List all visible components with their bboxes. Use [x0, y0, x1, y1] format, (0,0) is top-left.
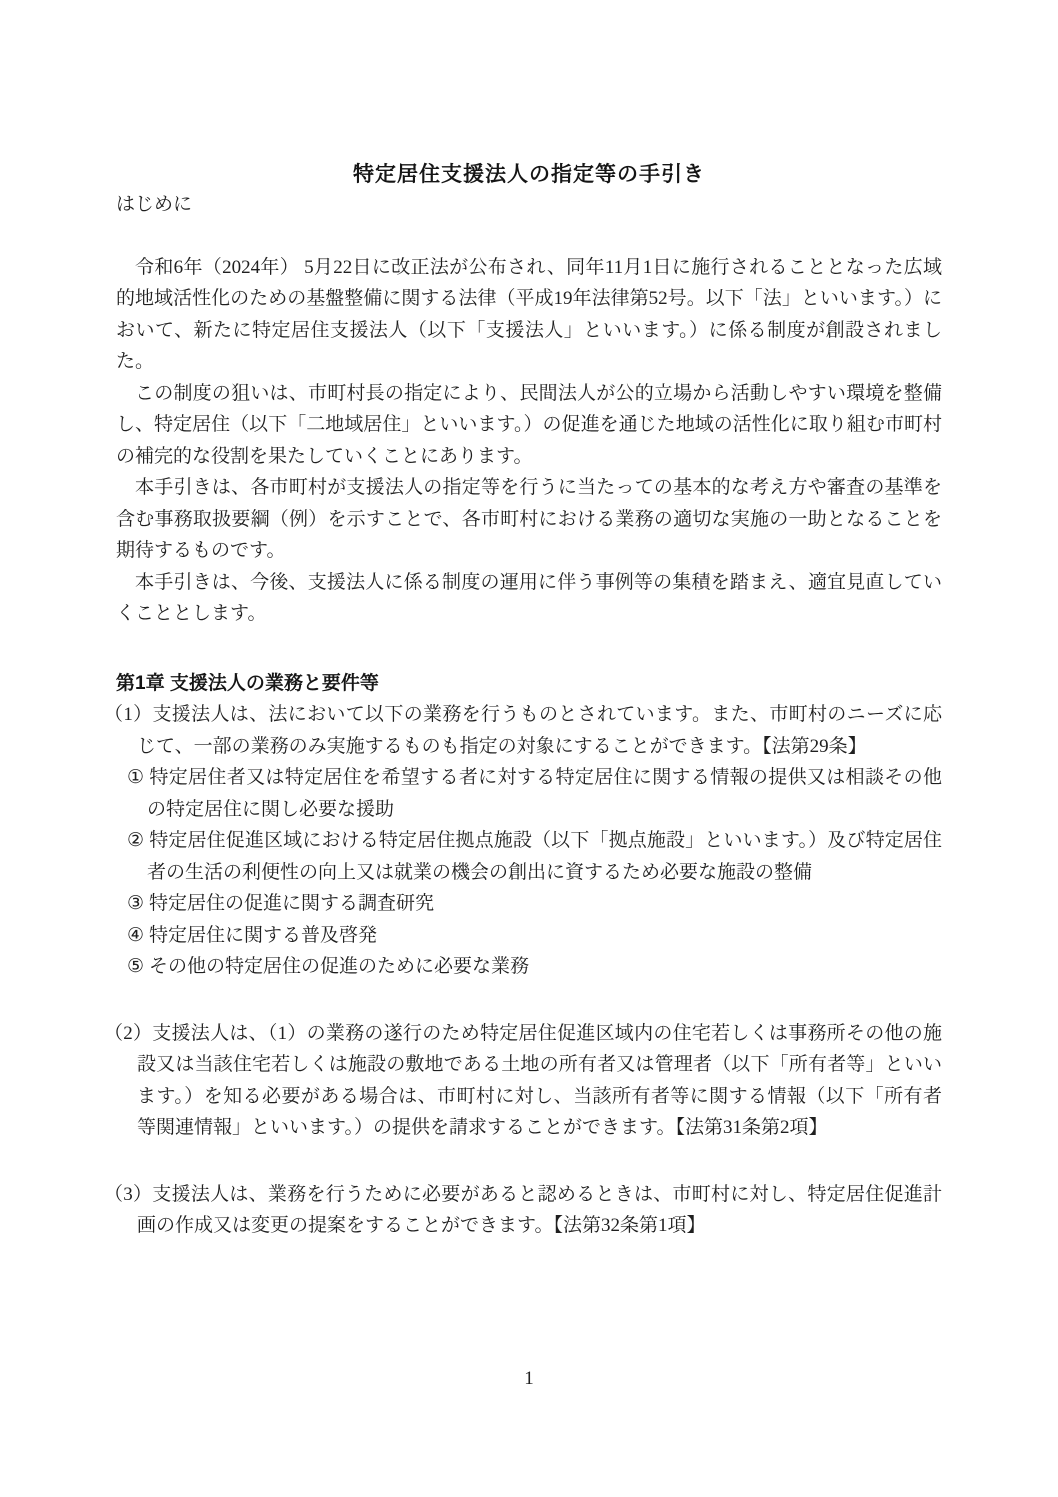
- document-page: 特定居住支援法人の指定等の手引き はじめに 令和6年（2024年） 5月22日に…: [0, 0, 1058, 1497]
- circled-1-marker: ①: [127, 767, 144, 788]
- sub-item-3-text: 特定居住の促進に関する調査研究: [149, 893, 434, 914]
- sub-item-5: ⑤その他の特定居住の促進のために必要な業務: [127, 951, 942, 983]
- intro-paragraph-1: 令和6年（2024年） 5月22日に改正法が公布され、同年11月1日に施行される…: [116, 252, 942, 378]
- sub-item-1-text: 特定居住者又は特定居住を希望する者に対する特定居住に関する情報の提供又は相談その…: [147, 767, 942, 820]
- chapter1-heading: 第1章 支援法人の業務と要件等: [116, 668, 942, 700]
- chapter1-item-1: （1）支援法人は、法において以下の業務を行うものとされています。また、市町村のニ…: [104, 699, 942, 762]
- sub-item-5-text: その他の特定居住の促進のために必要な業務: [149, 956, 529, 977]
- intro-paragraph-3: 本手引きは、各市町村が支援法人の指定等を行うに当たっての基本的な考え方や審査の基…: [116, 472, 942, 567]
- sub-item-1: ①特定居住者又は特定居住を希望する者に対する特定居住に関する情報の提供又は相談そ…: [127, 762, 942, 825]
- intro-paragraph-4: 本手引きは、今後、支援法人に係る制度の運用に伴う事例等の集積を踏まえ、適宜見直し…: [116, 567, 942, 630]
- chapter1-item1-sublist: ①特定居住者又は特定居住を希望する者に対する特定居住に関する情報の提供又は相談そ…: [116, 762, 942, 983]
- intro-paragraph-2: この制度の狙いは、市町村長の指定により、民間法人が公的立場から活動しやすい環境を…: [116, 378, 942, 473]
- circled-4-marker: ④: [127, 925, 144, 946]
- sub-item-4: ④特定居住に関する普及啓発: [127, 920, 942, 952]
- sub-item-4-text: 特定居住に関する普及啓発: [149, 925, 377, 946]
- intro-heading: はじめに: [116, 189, 942, 221]
- sub-item-3: ③特定居住の促進に関する調査研究: [127, 888, 942, 920]
- page-content: 特定居住支援法人の指定等の手引き はじめに 令和6年（2024年） 5月22日に…: [0, 0, 1058, 1242]
- circled-2-marker: ②: [127, 830, 144, 851]
- circled-3-marker: ③: [127, 893, 144, 914]
- chapter1-item-2: （2）支援法人は、（1）の業務の遂行のため特定居住促進区域内の住宅若しくは事務所…: [104, 1018, 942, 1144]
- document-title: 特定居住支援法人の指定等の手引き: [116, 161, 942, 189]
- chapter1-item-3: （3）支援法人は、業務を行うために必要があると認めるときは、市町村に対し、特定居…: [104, 1179, 942, 1242]
- sub-item-2: ②特定居住促進区域における特定居住拠点施設（以下「拠点施設」といいます。）及び特…: [127, 825, 942, 888]
- page-number: 1: [0, 1363, 1058, 1395]
- sub-item-2-text: 特定居住促進区域における特定居住拠点施設（以下「拠点施設」といいます。）及び特定…: [147, 830, 942, 883]
- circled-5-marker: ⑤: [127, 956, 144, 977]
